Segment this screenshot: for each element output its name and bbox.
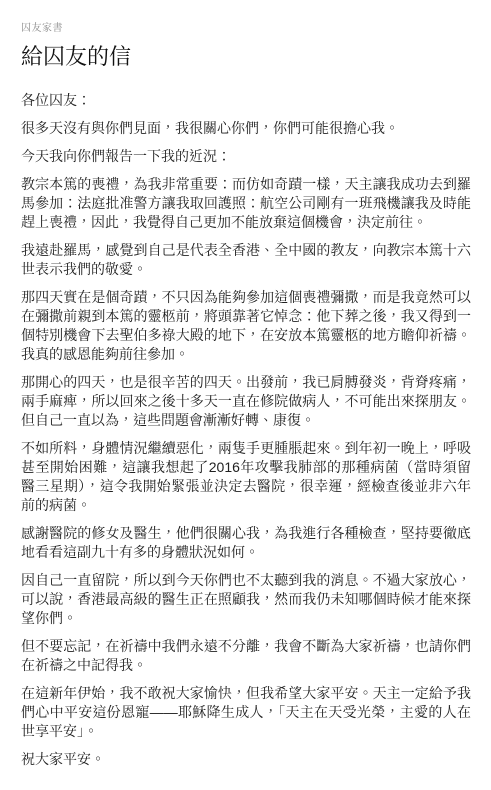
- letter-paragraph: 教宗本篤的喪禮，為我非常重要：而仿如奇蹟一樣，天主讓我成功去到羅馬參加：法庭批准…: [21, 175, 471, 232]
- letter-paragraph: 不如所料，身體情況繼續惡化，兩隻手更腫脹起來。到年初一晚上，呼吸甚至開始困難，這…: [21, 439, 471, 515]
- letter-paragraph: 我遠赴羅馬，感覺到自己是代表全香港、全中國的教友，向教宗本篤十六世表示我們的敬愛…: [21, 241, 471, 279]
- letter-paragraph: 那開心的四天，也是很辛苦的四天。出發前，我已肩膊發炎，背脊疼痛，兩手麻痺，所以回…: [21, 373, 471, 430]
- letter-body: 各位囚友：很多天沒有與你們見面，我很關心你們，你們可能很擔心我。今天我向你們報告…: [21, 91, 471, 769]
- letter-paragraph: 各位囚友：: [21, 91, 471, 110]
- letter-paragraph: 那四天實在是個奇蹟，不只因為能夠參加這個喪禮彌撒，而是我竟然可以在彌撒前親到本篤…: [21, 288, 471, 364]
- letter-paragraph: 祝大家平安。: [21, 750, 471, 769]
- letter-paragraph: 很多天沒有與你們見面，我很關心你們，你們可能很擔心我。: [21, 119, 471, 138]
- letter-paragraph: 今天我向你們報告一下我的近況：: [21, 147, 471, 166]
- letter-page: 囚友家書 給囚友的信 各位囚友：很多天沒有與你們見面，我很關心你們，你們可能很擔…: [0, 0, 491, 790]
- page-title: 給囚友的信: [21, 43, 471, 71]
- letter-paragraph: 感謝醫院的修女及醫生，他們很關心我，為我進行各種檢查，堅持要徹底地看看這副九十有…: [21, 524, 471, 562]
- letter-paragraph: 在這新年伊始，我不敢祝大家愉快，但我希望大家平安。天主一定給予我們心中平安這份恩…: [21, 684, 471, 741]
- letter-paragraph: 但不要忘記，在祈禱中我們永遠不分離，我會不斷為大家祈禱，也請你們在祈禱之中記得我…: [21, 637, 471, 675]
- category-label-link[interactable]: 囚友家書: [21, 23, 63, 35]
- letter-paragraph: 因自己一直留院，所以到今天你們也不太聽到我的消息。不過大家放心，可以說，香港最高…: [21, 571, 471, 628]
